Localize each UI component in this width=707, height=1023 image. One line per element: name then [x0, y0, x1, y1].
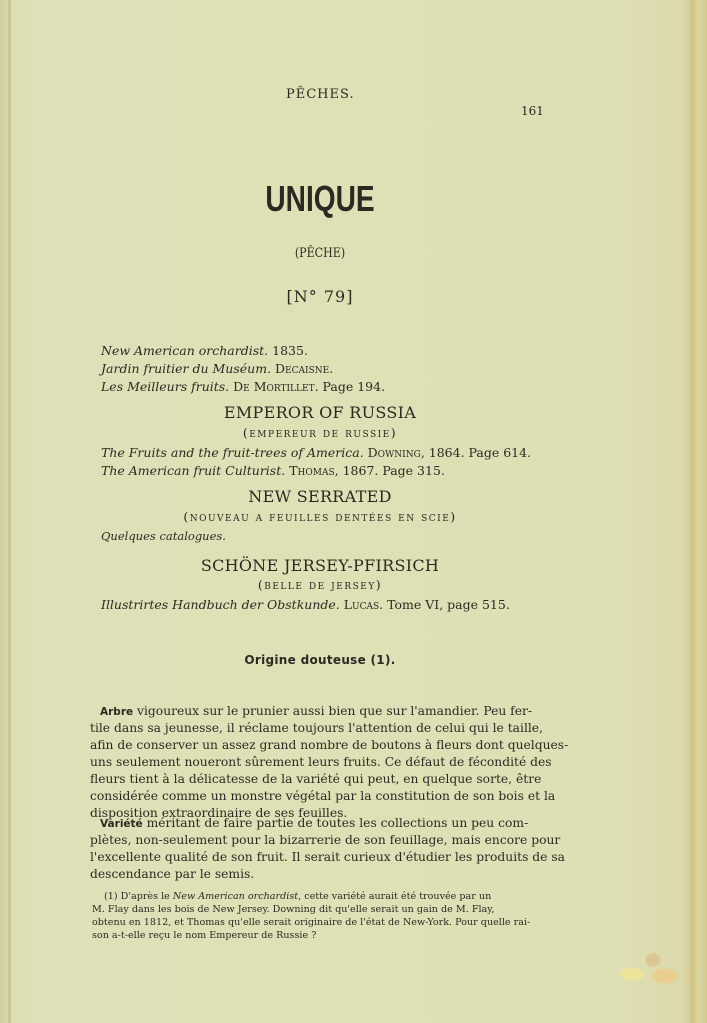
- paragraph-line: Arbre vigoureux sur le prunier aussi bie…: [100, 704, 548, 718]
- paragraph-line: l'excellente qualité de son fruit. Il se…: [90, 850, 548, 864]
- footnote-line: obtenu en 1812, et Thomas qu'elle serait…: [92, 917, 544, 928]
- reference-author: Thomas: [289, 463, 334, 478]
- reference-work: The Fruits and the fruit-trees of Americ…: [101, 445, 364, 460]
- running-head: PÊCHES.: [286, 87, 355, 102]
- reference-author: De Mortillet: [233, 379, 314, 394]
- paragraph-line: afin de conserver un assez grand nombre …: [90, 738, 548, 752]
- reference-author: Decaisne: [275, 361, 329, 376]
- reference-author: Downing: [368, 445, 421, 460]
- reference-work: Illustrirtes Handbuch der Obstkunde.: [101, 597, 340, 612]
- section-heading: Origine douteuse (1).: [0, 653, 640, 667]
- entry-subtitle: (PÊCHE): [48, 246, 592, 261]
- reference-line: The Fruits and the fruit-trees of Americ…: [101, 445, 531, 460]
- page-fore-edge: [690, 0, 696, 1023]
- paragraph-lead: Arbre: [100, 706, 133, 718]
- paragraph-line: Variété méritant de faire partie de tout…: [100, 816, 548, 830]
- entry-number: [N° 79]: [0, 287, 640, 306]
- paragraph-line: descendance par le semis.: [90, 867, 548, 881]
- paragraph-line: plètes, non-seulement pour la bizarrerie…: [90, 833, 548, 847]
- page-stain: [620, 950, 680, 990]
- reference-work: New American orchardist.: [101, 343, 268, 358]
- reference-line: Les Meilleurs fruits. De Mortillet. Page…: [101, 379, 385, 394]
- reference-line: Jardin fruitier du Muséum. Decaisne.: [101, 361, 333, 376]
- reference-work: Jardin fruitier du Muséum.: [101, 361, 271, 376]
- paragraph-line: considérée comme un monstre végétal par …: [90, 789, 548, 803]
- reference-work: Les Meilleurs fruits.: [101, 379, 229, 394]
- synonym-name: SCHÖNE JERSEY-PFIRSICH: [0, 556, 640, 575]
- synonym-name: EMPEROR OF RUSSIA: [0, 403, 640, 422]
- paragraph-lead: Variété: [100, 818, 143, 830]
- reference-author: Lucas: [344, 597, 379, 612]
- footnote-line: M. Flay dans les bois de New Jersey. Dow…: [92, 904, 544, 915]
- book-page: PÊCHES. 161 UNIQUE (PÊCHE) [N° 79] New A…: [0, 0, 707, 1023]
- synonym-translation: (nouveau a feuilles dentées en scie): [0, 509, 640, 524]
- paragraph-line: uns seulement noueront sûrement leurs fr…: [90, 755, 548, 769]
- reference-line: Illustrirtes Handbuch der Obstkunde. Luc…: [101, 597, 510, 612]
- entry-title: UNIQUE: [70, 178, 569, 220]
- synonym-name: NEW SERRATED: [0, 487, 640, 506]
- footnote-marker: (1): [104, 891, 118, 902]
- reference-line: The American fruit Culturist. Thomas, 18…: [101, 463, 445, 478]
- synonym-translation: (empereur de russie): [0, 425, 640, 440]
- footnote-line: son a-t-elle reçu le nom Empereur de Rus…: [92, 930, 544, 941]
- reference-work: Quelques catalogues.: [101, 529, 226, 543]
- reference-line: New American orchardist. 1835.: [101, 343, 308, 358]
- footnote-line: (1) D'après le New American orchardist, …: [104, 891, 544, 902]
- page-number: 161: [521, 104, 544, 118]
- synonym-translation: (belle de jersey): [0, 577, 640, 592]
- reference-work: The American fruit Culturist.: [101, 463, 285, 478]
- paragraph-line: tile dans sa jeunesse, il réclame toujou…: [90, 721, 548, 735]
- reference-line: Quelques catalogues.: [101, 529, 226, 543]
- paragraph-line: fleurs tient à la délicatesse de la vari…: [90, 772, 548, 786]
